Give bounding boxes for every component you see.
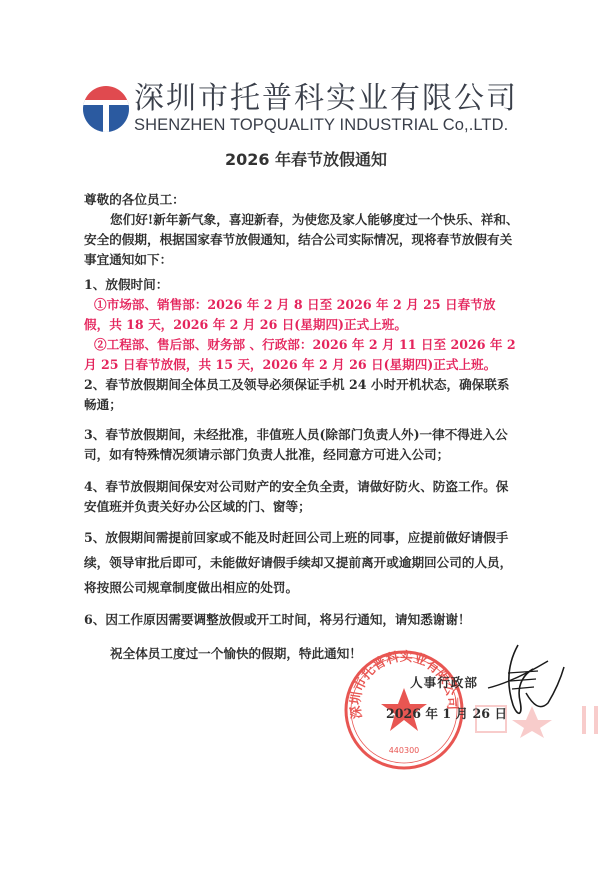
section-heading: 1、放假时间：: [84, 275, 520, 295]
letterhead: 深圳市托普科实业有限公司 SHENZHEN TOPQUALITY INDUSTR…: [82, 82, 532, 142]
company-logo-icon: [82, 85, 130, 133]
closing-line: 祝全体员工度过一个愉快的假期，特此通知！: [110, 643, 362, 662]
intro-paragraph: 您们好!新年新气象，喜迎新春，为使您及家人能够度过一个快乐、祥和、安全的假期，根…: [84, 210, 520, 270]
section-5: 5、放假期间需提前回家或不能及时赶回公司上班的同事，应提前做好请假手续，领导审批…: [84, 525, 520, 600]
salutation-block: 尊敬的各位员工： 您们好!新年新气象，喜迎新春，为使您及家人能够度过一个快乐、祥…: [84, 190, 520, 270]
section-4: 4、春节放假期间保安对公司财产的安全负全责，请做好防火、防盗工作。保安值班并负责…: [84, 477, 520, 517]
document-title: 2026 年春节放假通知: [0, 147, 612, 170]
holiday-schedule-item-2: ②工程部、售后部、财务部 、行政部：2026 年 2 月 11 日至 2026 …: [84, 335, 520, 375]
handwritten-signature-icon: [478, 643, 568, 723]
section-text: 5、放假期间需提前回家或不能及时赶回公司上班的同事，应提前做好请假手续，领导审批…: [84, 525, 520, 600]
section-3: 3、春节放假期间，未经批准，非值班人员(除部门负责人外)一律不得进入公司，如有特…: [84, 425, 520, 465]
issuing-department: 人事行政部: [410, 672, 478, 691]
section-1: 1、放假时间： ①市场部、销售部：2026 年 2 月 8 日至 2026 年 …: [84, 275, 520, 375]
notice-document: 深圳市托普科实业有限公司 SHENZHEN TOPQUALITY INDUSTR…: [0, 0, 612, 874]
company-name-en: SHENZHEN TOPQUALITY INDUSTRIAL Co,.LTD.: [134, 116, 508, 134]
company-name-cn: 深圳市托普科实业有限公司: [134, 82, 518, 116]
section-text: 6、因工作原因需要调整放假或开工时间，将另行通知，请知悉谢谢！: [84, 610, 520, 630]
salutation: 尊敬的各位员工：: [84, 190, 520, 210]
section-text: 3、春节放假期间，未经批准，非值班人员(除部门负责人外)一律不得进入公司，如有特…: [84, 425, 520, 465]
section-6: 6、因工作原因需要调整放假或开工时间，将另行通知，请知悉谢谢！: [84, 610, 520, 630]
holiday-schedule-item-1: ①市场部、销售部：2026 年 2 月 8 日至 2026 年 2 月 25 日…: [84, 295, 520, 335]
svg-text:440300: 440300: [389, 746, 420, 755]
section-text: 4、春节放假期间保安对公司财产的安全负全责，请做好防火、防盗工作。保安值班并负责…: [84, 477, 520, 517]
section-2: 2、春节放假期间全体员工及领导必须保证手机 24 小时开机状态，确保联系畅通；: [84, 375, 520, 415]
section-text: 2、春节放假期间全体员工及领导必须保证手机 24 小时开机状态，确保联系畅通；: [84, 375, 520, 415]
